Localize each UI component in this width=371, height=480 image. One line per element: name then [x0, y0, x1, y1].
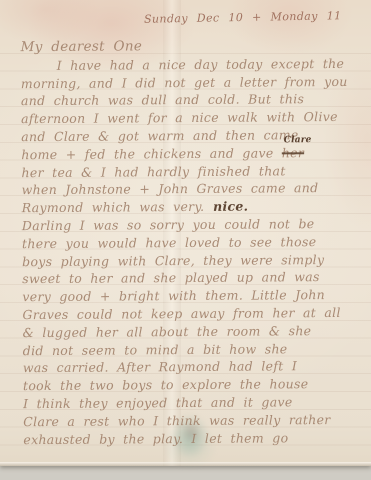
letter-line: & lugged her all about the room & she	[23, 322, 358, 342]
dark-ink-word: nice.	[204, 199, 248, 214]
letter-line: her tea & I had hardly finished that	[21, 161, 356, 181]
letter-line: was carried. After Raymond had left I	[23, 357, 358, 377]
letter-line: morning, and I did not get a letter from…	[21, 72, 356, 92]
letter-line: Graves could not keep away from her at a…	[22, 304, 357, 324]
letter-line: afternoon I went for a nice walk with Ol…	[21, 108, 356, 128]
line-text: Raymond which was very.	[22, 199, 205, 215]
salutation: My dearest One	[21, 37, 356, 57]
line-text: home + fed the chickens and gave	[21, 145, 282, 162]
letter-line: sweet to her and she played up and was	[22, 268, 357, 288]
letter-line: Darling I was so sorry you could not be	[22, 215, 357, 235]
letter-line: I think they enjoyed that and it gave	[23, 393, 358, 413]
struck-word: herClare	[282, 145, 304, 160]
letter-line: I have had a nice day today except the	[21, 55, 356, 75]
letter-line: when Johnstone + John Graves came and	[22, 179, 357, 199]
letter-line: exhausted by the play. I let them go	[23, 428, 358, 448]
letter-line-with-correction: home + fed the chickens and gave herClar…	[21, 144, 356, 164]
paper-bottom-edge	[0, 462, 371, 466]
letter-line: and church was dull and cold. But this	[21, 90, 356, 110]
struck-word-text: her	[282, 145, 304, 160]
letter-paper: Sunday Dec 10 + Monday 11 My dearest One…	[0, 0, 371, 466]
letter-line: boys playing with Clare, they were simpl…	[22, 250, 357, 270]
letter-line: did not seem to mind a bit how she	[23, 339, 358, 359]
date-line: Sunday Dec 10 + Monday 11	[143, 9, 341, 25]
letter-body: My dearest One I have had a nice day tod…	[21, 37, 359, 449]
letter-line: Clare a rest who I think was really rath…	[23, 411, 358, 431]
inserted-word: Clare	[284, 136, 312, 145]
letter-line-with-insertion: Raymond which was very. nice.	[22, 197, 357, 217]
letter-line: took the two boys to explore the house	[23, 375, 358, 395]
letter-line: there you would have loved to see those	[22, 233, 357, 253]
letter-line: very good + bright with them. Little Joh…	[22, 286, 357, 306]
